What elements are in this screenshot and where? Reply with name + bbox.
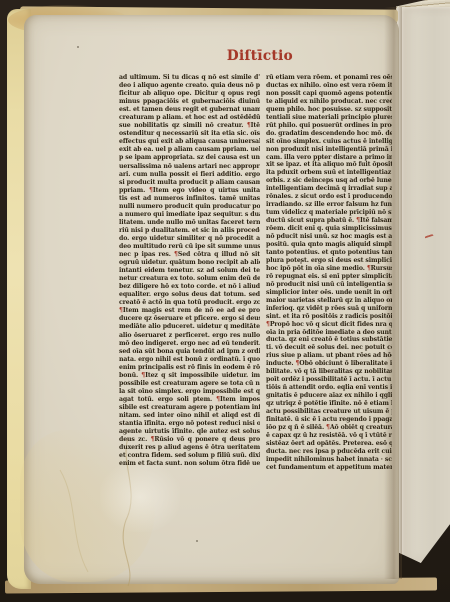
facing-page (397, 7, 450, 563)
fly-speck (196, 540, 198, 542)
running-title: Diſtīctio (200, 48, 320, 64)
text-column-left: ad ultimum. Si tu dicas q nō est simile … (119, 74, 260, 468)
fly-speck (77, 46, 79, 48)
scanned-book-photo: { "colors": { "rubric_red": "#a5392a", "… (0, 0, 450, 602)
text-column-right: rū etiam vera rōem. et ponamī res oēs pr… (266, 74, 392, 472)
pale-patch (100, 462, 180, 532)
